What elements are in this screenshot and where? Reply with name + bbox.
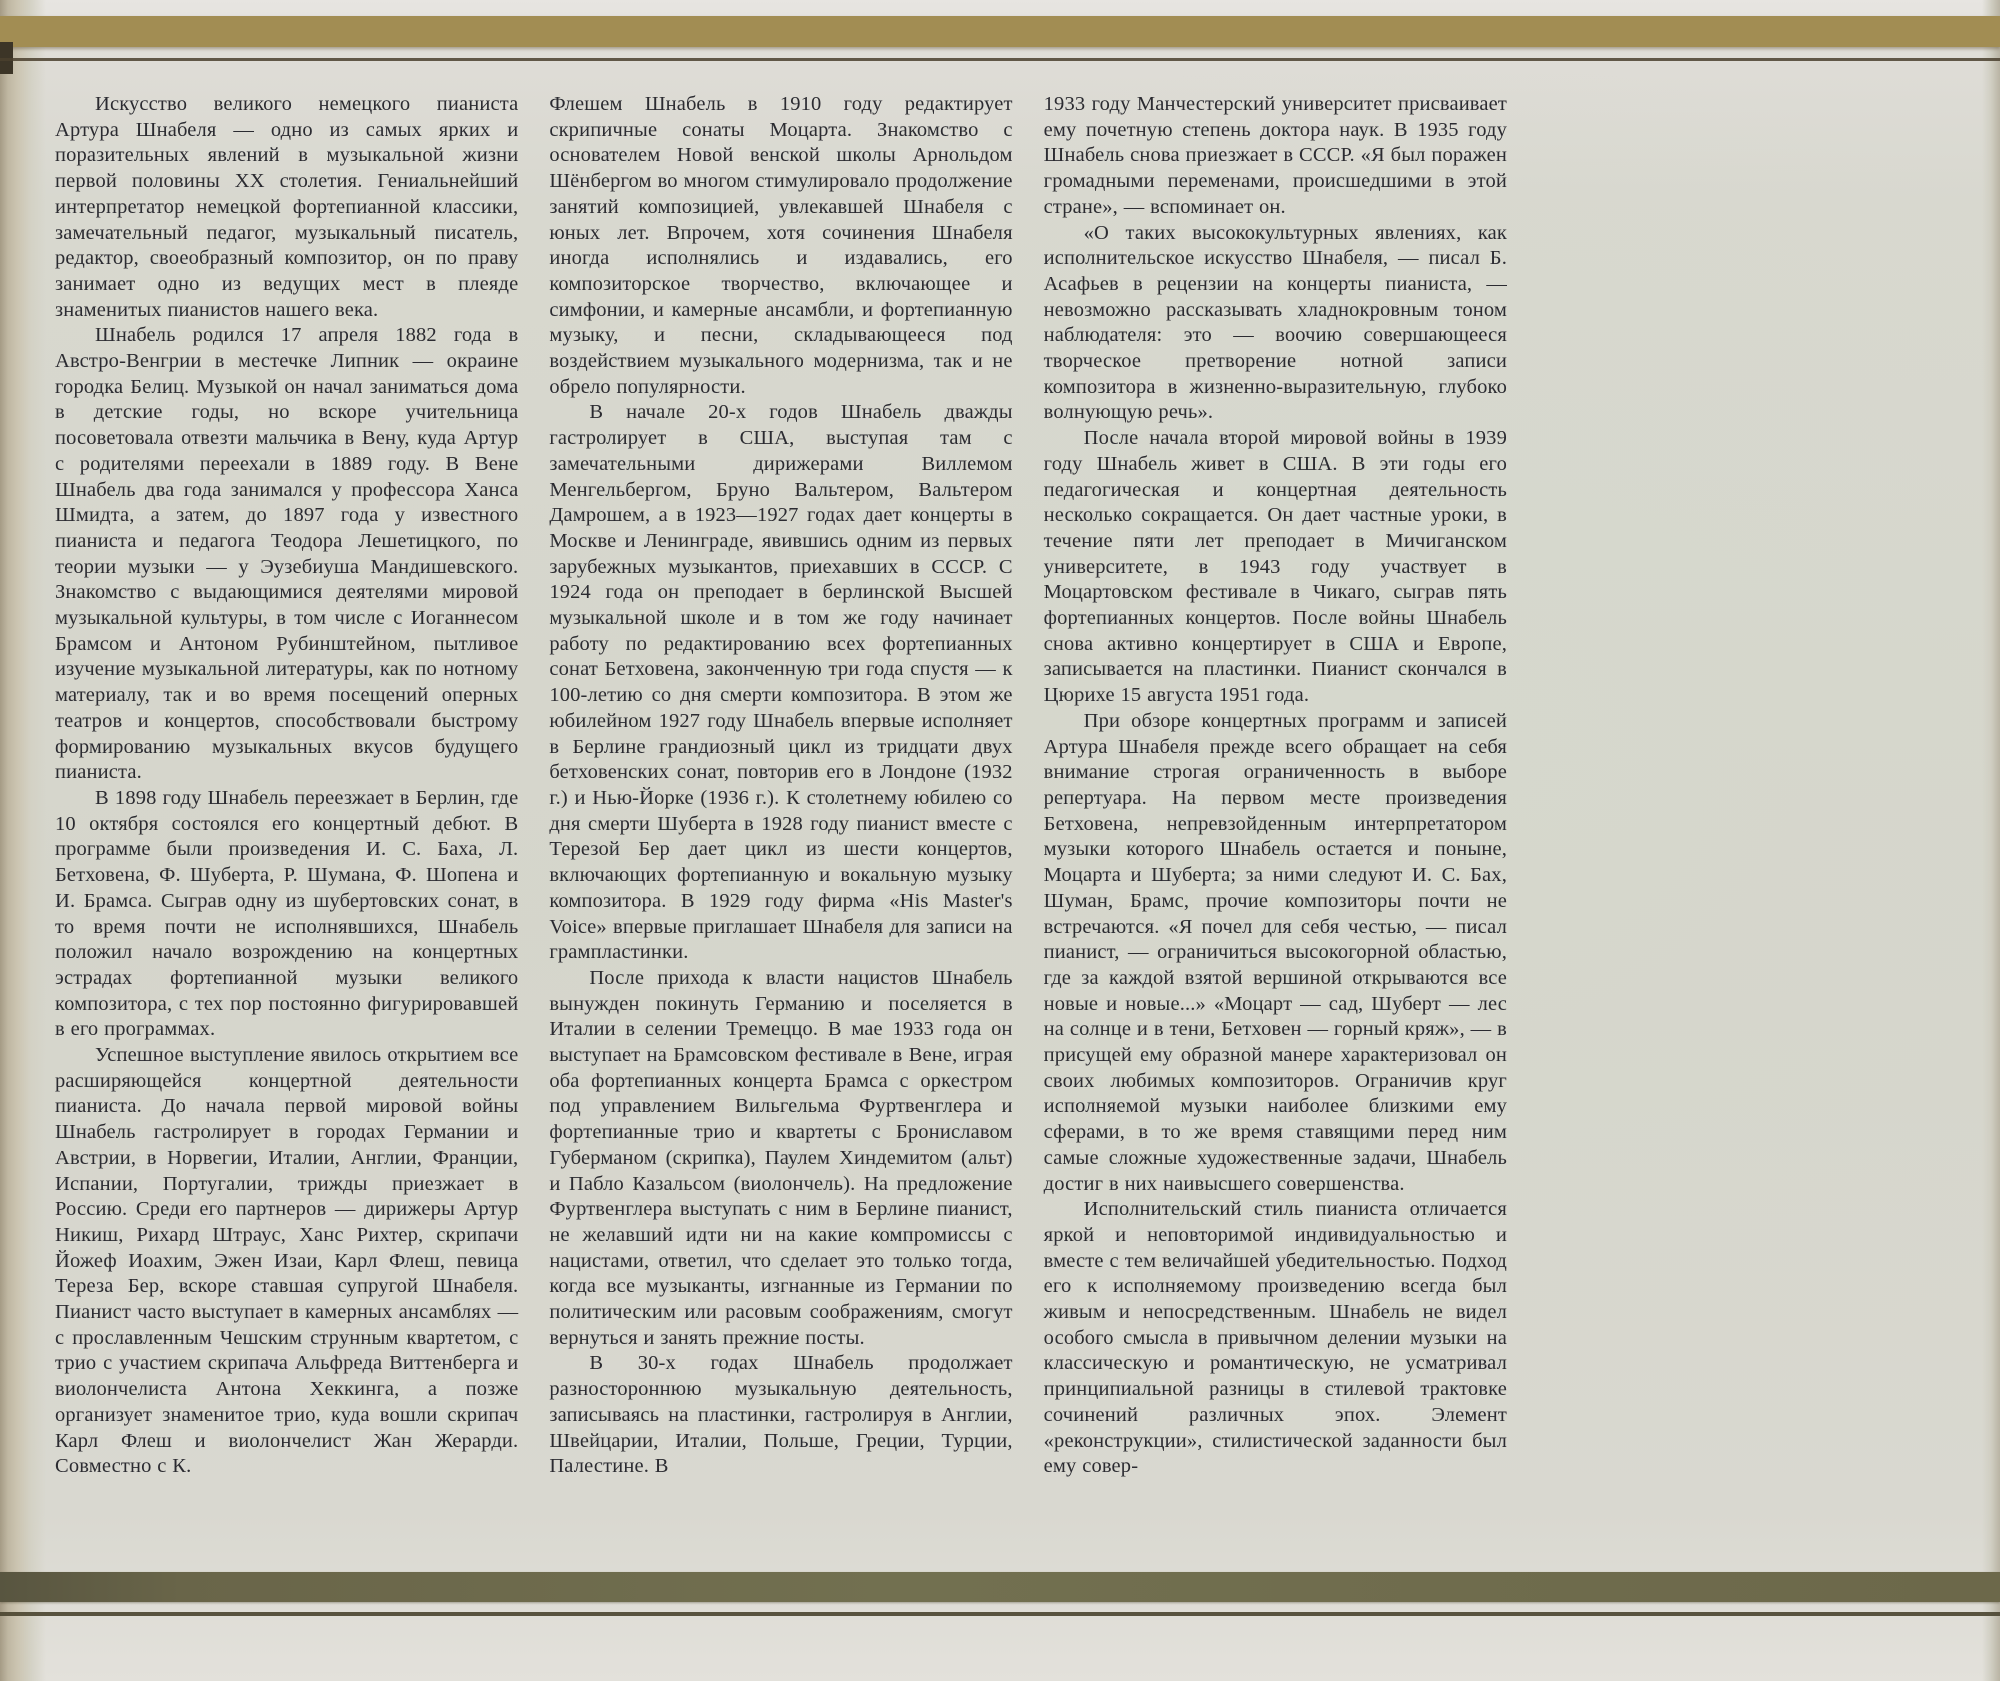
paragraph-col2-2: В начале 20-х годов Шнабель дважды гастр…: [549, 400, 1012, 965]
article-column-1: Искусство великого немецкого пианиста Ар…: [55, 92, 518, 1562]
paragraph-col1-2: Шнабель родился 17 апреля 1882 года в Ав…: [55, 323, 518, 786]
paragraph-col2-1: Флешем Шнабель в 1910 году редактирует с…: [549, 92, 1012, 400]
bottom-olive-band: [0, 1572, 2000, 1602]
paragraph-col1-1: Искусство великого немецкого пианиста Ар…: [55, 92, 518, 323]
paragraph-col3-1: 1933 году Манчестерский университет прис…: [1044, 92, 1507, 221]
paragraph-col1-3: В 1898 году Шнабель переезжает в Берлин,…: [55, 786, 518, 1043]
paragraph-col2-4: В 30-х годах Шнабель продолжает разносто…: [549, 1351, 1012, 1480]
paragraph-col2-3: После прихода к власти нацистов Шнабель …: [549, 966, 1012, 1352]
page-left-edge: [0, 0, 46, 1681]
paragraph-col3-4: При обзоре концертных программ и записей…: [1044, 709, 1507, 1197]
bottom-rule-line: [0, 1612, 2000, 1616]
article-column-2: Флешем Шнабель в 1910 году редактирует с…: [549, 92, 1012, 1562]
paragraph-col3-5: Исполнительский стиль пианиста отличаетс…: [1044, 1197, 1507, 1480]
paragraph-col3-2: «О таких высококультурных явлениях, как …: [1044, 221, 1507, 427]
paragraph-col3-3: После начала второй мировой войны в 1939…: [1044, 426, 1507, 709]
top-gold-band: [0, 16, 2000, 47]
paragraph-col1-4: Успешное выступление явилось открытием в…: [55, 1043, 518, 1480]
article-column-3: 1933 году Манчестерский университет прис…: [1044, 92, 1507, 1562]
article-columns: Искусство великого немецкого пианиста Ар…: [55, 92, 1507, 1562]
page-right-edge: [1982, 0, 2000, 1681]
scanned-record-sleeve-page: Искусство великого немецкого пианиста Ар…: [0, 0, 2000, 1681]
top-rule-line: [0, 58, 2000, 61]
